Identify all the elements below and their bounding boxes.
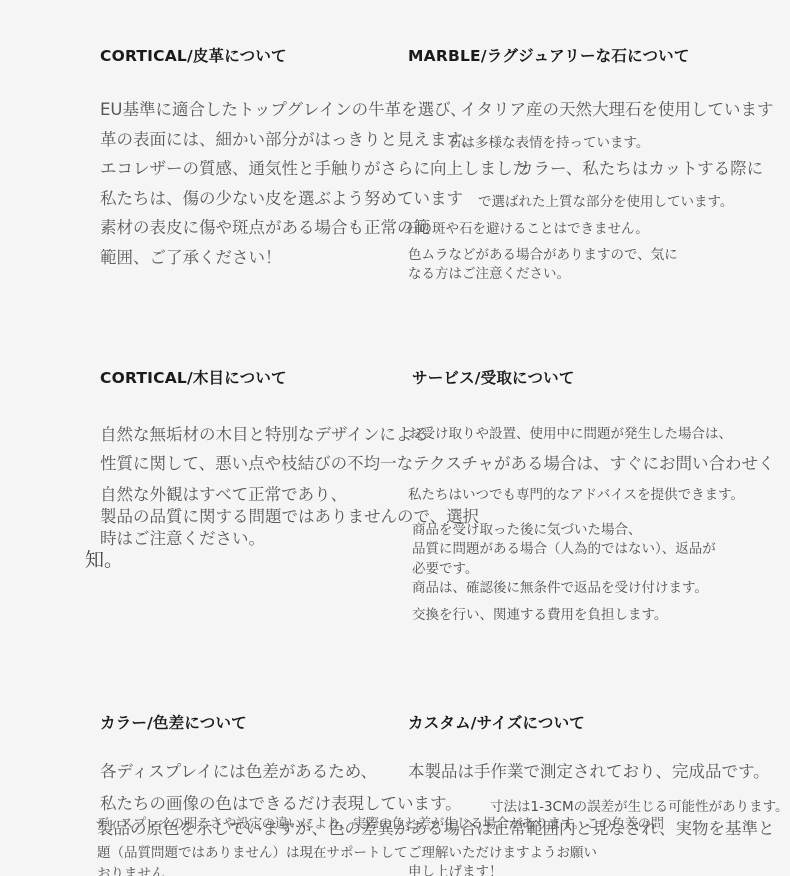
- section1-left-line: EU基準に適合したトップグレインの牛革を選び、: [100, 100, 467, 121]
- section3-left-title: カラー/色差について: [100, 714, 247, 733]
- section1-right-line: イタリア産の天然大理石を使用しています: [460, 100, 774, 121]
- section2-left-line: 性質に関して、悪い点や枝結びの不均一なテクスチャがある場合は、すぐにお問い合わせ…: [100, 454, 775, 475]
- section2-right-line: 交換を行い、関連する費用を負担します。: [412, 607, 667, 624]
- section3-right-title: カスタム/サイズについて: [408, 714, 585, 733]
- section1-left-line: 範囲、ご了承ください！: [100, 248, 282, 269]
- section2-left-line: 自然な無垢材の木目と特別なデザインによる: [100, 425, 429, 446]
- section1-right-line: なる方はご注意ください。: [408, 266, 570, 283]
- section1-right-line: 石は多様な表情を持っています。: [448, 135, 649, 152]
- section1-right-line: で選ばれた上質な部分を使用しています。: [478, 194, 733, 211]
- section1-left-title: CORTICAL/皮革について: [100, 47, 287, 66]
- section1-right-line: 石の斑や石を避けることはできません。: [405, 221, 649, 238]
- section3-left-line: 各ディスプレイには色差があるため、: [100, 762, 377, 783]
- section2-right-line: お受け取りや設置、使用中に問題が発生した場合は、: [408, 426, 732, 443]
- section2-right-title: サービス/受取について: [412, 369, 575, 388]
- section3-right-line: ご理解いただけますようお願い: [408, 845, 597, 862]
- section3-right-line: 申し上げます！: [408, 864, 503, 876]
- section3-right-line: 寸法は1-3CMの誤差が生じる可能性があります。: [490, 799, 789, 816]
- section1-right-title: MARBLE/ラグジュアリーな石について: [408, 47, 690, 66]
- section3-right-line: 本製品は手作業で測定されており、完成品です。: [408, 762, 770, 783]
- section2-right-line: 私たちはいつでも専門的なアドバイスを提供できます。: [408, 487, 744, 504]
- section2-right-line: 商品を受け取った後に気づいた場合、: [412, 522, 642, 539]
- section2-right-line: 品質に問題がある場合（人為的ではない）、返品が: [412, 541, 716, 558]
- section2-left-stray-glyph: 知。: [85, 549, 123, 573]
- section1-left-line: 革の表面には、細かい部分がはっきりと見えます。: [100, 130, 478, 151]
- section3-left-line: 題（品質問題ではありません）は現在サポートして: [97, 845, 408, 862]
- section1-right-line: カラー、私たちはカットする際に: [517, 159, 763, 180]
- section2-right-line: 必要です。: [412, 561, 478, 578]
- section1-left-line: エコレザーの質感、通気性と手触りがさらに向上しました: [100, 159, 529, 180]
- product-notes-page: CORTICAL/皮革について MARBLE/ラグジュアリーな石について EU基…: [0, 0, 790, 876]
- section2-left-title: CORTICAL/木目について: [100, 369, 287, 388]
- section3-left-line: 製品の原色を示していますが、色の差異がある場合は正常範囲内と見なされ、実物を基準…: [97, 819, 775, 840]
- section3-left-line: 私たちの画像の色はできるだけ表現しています。: [100, 794, 462, 815]
- section2-left-line: 自然な外観はすべて正常であり、: [100, 485, 347, 506]
- section2-right-line: 商品は、確認後に無条件で返品を受け付けます。: [412, 580, 708, 597]
- section1-right-line: 色ムラなどがある場合がありますので、気に: [408, 247, 678, 264]
- section3-left-line: おりません: [97, 866, 165, 876]
- section2-left-line: 時はご注意ください。: [100, 529, 265, 550]
- section1-left-line: 素材の表皮に傷や斑点がある場合も正常の範: [100, 218, 430, 239]
- section1-left-line: 私たちは、傷の少ない皮を選ぶよう努めています: [100, 189, 463, 210]
